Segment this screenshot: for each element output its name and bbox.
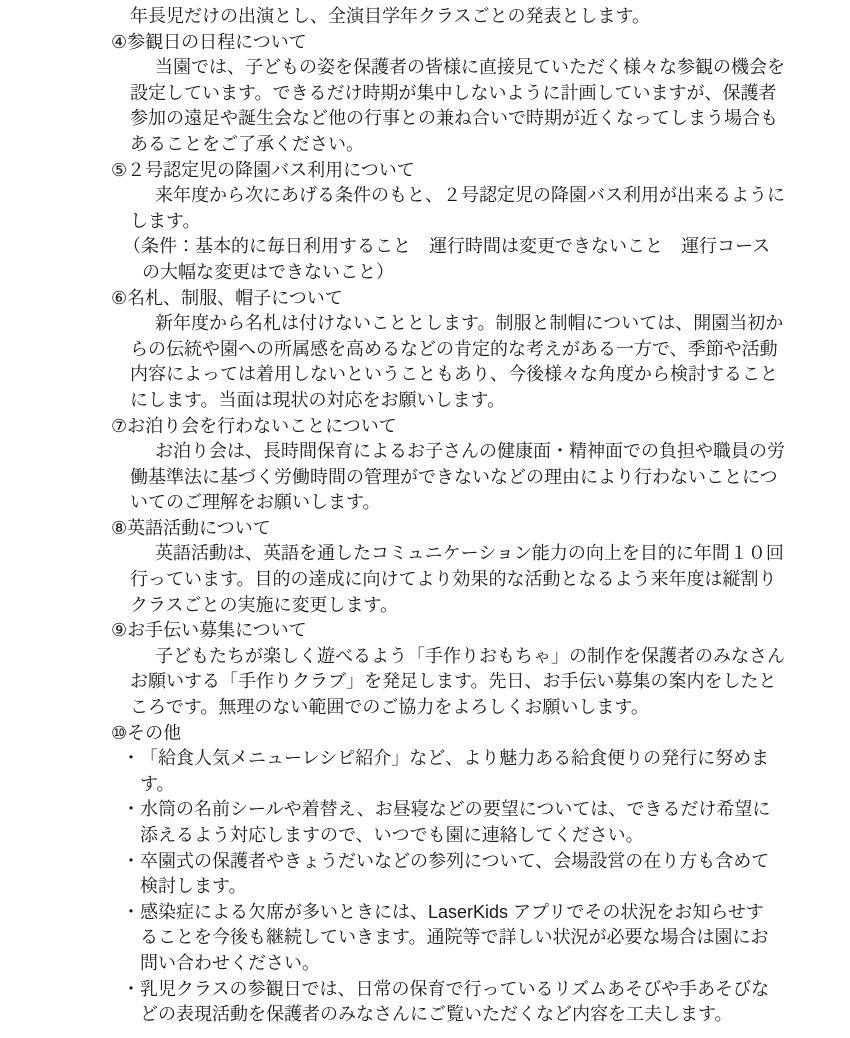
line-text: 添えるよう対応しますので、いつでも園に連絡してください。 <box>140 825 644 845</box>
line-text: します。 <box>130 211 201 231</box>
line-text: 検討します。 <box>140 876 247 896</box>
line-text: 英語活動は、英語を通したコミュニケーション能力の向上を目的に年間１０回 <box>155 543 784 563</box>
line-text: 設定しています。できるだけ時期が集中しないように計画していますが、保護者 <box>130 83 777 103</box>
paragraph-line: 来年度から次にあげる条件のもと、２号認定児の降園バス利用が出来るように <box>111 183 811 209</box>
line-text: 参加の遠足や誕生会など他の行事との兼ね合いで時期が近くなってしまう場合も <box>130 108 778 128</box>
paragraph-line: 行っています。目的の達成に向けてより効果的な活動となるよう来年度は縦割り <box>111 567 811 593</box>
line-text: いてのご理解をお願いします。 <box>130 492 381 512</box>
line-text: にします。当面は現状の対応をお願いします。 <box>130 390 505 410</box>
line-text: 当園では、子どもの姿を保護者の皆様に直接見ていただく様々な参観の機会を <box>155 57 785 77</box>
line-text: どの表現活動を保護者のみなさんにご覧いただくなど内容を工夫します。 <box>140 1004 733 1024</box>
line-text: お願いする「手作りクラブ」を発足します。先日、お手伝い募集の案内をしたと <box>130 671 777 691</box>
list-item-line: ・乳児クラスの参観日では、日常の保育で行っているリズムあそびや手あそびな <box>111 977 811 1003</box>
section-title: ２号認定児の降園バス利用について <box>127 160 415 180</box>
section-heading: ⑩その他 <box>111 721 811 747</box>
bullet-icon: ・ <box>122 746 140 772</box>
section-title: お手伝い募集について <box>127 620 307 640</box>
section-number: ⑥ <box>111 288 127 308</box>
section-title: 参観日の日程について <box>127 32 307 52</box>
paragraph-line: （条件：基本的に毎日利用すること 運行時間は変更できないこと 運行コース <box>111 234 811 260</box>
paragraph-line: 内容によっては着用しないということもあり、今後様々な角度から検討すること <box>111 362 811 388</box>
line-text: 乳児クラスの参観日では、日常の保育で行っているリズムあそびや手あそびな <box>140 979 769 999</box>
paragraph-line: ころです。無理のない範囲でのご協力をよろしくお願いします。 <box>111 695 811 721</box>
paragraph-line: します。 <box>111 209 811 235</box>
paragraph-line: 働基準法に基づく労働時間の管理ができないなどの理由により行わないことにつ <box>111 465 811 491</box>
line-text: 「給食人気メニューレシピ紹介」など、より魅力ある給食便りの発行に努めま <box>140 748 769 768</box>
paragraph-line: 英語活動は、英語を通したコミュニケーション能力の向上を目的に年間１０回 <box>111 541 811 567</box>
paragraph-line: お泊り会は、長時間保育によるお子さんの健康面・精神面での負担や職員の労 <box>111 439 811 465</box>
line-text: の大幅な変更はできないこと） <box>142 262 394 282</box>
list-item-line: ・水筒の名前シールや着替え、お昼寝などの要望については、できるだけ希望に <box>111 797 811 823</box>
section-number: ⑦ <box>111 416 127 436</box>
section-number: ⑤ <box>111 160 127 180</box>
section-title: 名札、制服、帽子について <box>127 288 343 308</box>
paragraph-line: にします。当面は現状の対応をお願いします。 <box>111 388 811 414</box>
list-item-line: す。 <box>111 772 811 798</box>
bullet-icon: ・ <box>122 849 140 875</box>
paragraph-line: お願いする「手作りクラブ」を発足します。先日、お手伝い募集の案内をしたと <box>111 669 811 695</box>
line-text: らの伝統や園への所属感を高めるなどの肯定的な考えがある一方で、季節や活動 <box>130 339 778 359</box>
list-item-line: どの表現活動を保護者のみなさんにご覧いただくなど内容を工夫します。 <box>111 1002 811 1028</box>
bullet-icon: ・ <box>122 900 140 926</box>
paragraph-line: 年長児だけの出演とし、全演目学年クラスごとの発表とします。 <box>111 4 811 30</box>
line-text: 年長児だけの出演とし、全演目学年クラスごとの発表とします。 <box>130 6 650 26</box>
paragraph-line: クラスごとの実施に変更します。 <box>111 593 811 619</box>
list-item-line: ることを今後も継続していきます。通院等で詳しい状況が必要な場合は園にお <box>111 925 811 951</box>
bullet-icon: ・ <box>122 797 140 823</box>
paragraph-line: あることをご了承ください。 <box>111 132 811 158</box>
list-item-line: 検討します。 <box>111 874 811 900</box>
section-title: お泊り会を行わないことについて <box>127 416 397 436</box>
section-number: ⑩ <box>111 723 127 743</box>
list-item-line: 添えるよう対応しますので、いつでも園に連絡してください。 <box>111 823 811 849</box>
line-text: クラスごとの実施に変更します。 <box>130 595 398 615</box>
section-heading: ⑤２号認定児の降園バス利用について <box>111 158 811 184</box>
line-text: お泊り会は、長時間保育によるお子さんの健康面・精神面での負担や職員の労 <box>155 441 785 461</box>
paragraph-line: いてのご理解をお願いします。 <box>111 490 811 516</box>
paragraph-line: 子どもたちが楽しく遊べるよう「手作りおもちゃ」の制作を保護者のみなさん <box>111 644 811 670</box>
paragraph-line: 参加の遠足や誕生会など他の行事との兼ね合いで時期が近くなってしまう場合も <box>111 106 811 132</box>
paragraph-line: 当園では、子どもの姿を保護者の皆様に直接見ていただく様々な参観の機会を <box>111 55 811 81</box>
line-text: 来年度から次にあげる条件のもと、２号認定児の降園バス利用が出来るように <box>155 185 785 205</box>
line-text: 新年度から名札は付けないこととします。制服と制帽については、開園当初か <box>155 313 783 333</box>
line-text: （条件：基本的に毎日利用すること 運行時間は変更できないこと 運行コース <box>123 236 770 256</box>
section-heading: ⑧英語活動について <box>111 516 811 542</box>
section-title: その他 <box>127 723 181 743</box>
paragraph-line: 設定しています。できるだけ時期が集中しないように計画していますが、保護者 <box>111 81 811 107</box>
line-text: 水筒の名前シールや着替え、お昼寝などの要望については、できるだけ希望に <box>140 799 770 819</box>
list-item-line: ・感染症による欠席が多いときには、LaserKids アプリでその状況をお知らせ… <box>111 900 811 926</box>
list-item-line: ・「給食人気メニューレシピ紹介」など、より魅力ある給食便りの発行に努めま <box>111 746 811 772</box>
list-item-line: ・卒園式の保護者やきょうだいなどの参列について、会場設営の在り方も含めて <box>111 849 811 875</box>
section-number: ⑧ <box>111 518 127 538</box>
section-heading: ⑦お泊り会を行わないことについて <box>111 414 811 440</box>
list-item-line: 問い合わせください。 <box>111 951 811 977</box>
line-text: ることを今後も継続していきます。通院等で詳しい状況が必要な場合は園にお <box>140 927 769 947</box>
line-text: 内容によっては着用しないということもあり、今後様々な角度から検討すること <box>130 364 778 384</box>
line-text: す。 <box>140 774 175 794</box>
document-page: 年長児だけの出演とし、全演目学年クラスごとの発表とします。④参観日の日程について… <box>0 0 850 1038</box>
section-number: ④ <box>111 32 127 52</box>
section-number: ⑨ <box>111 620 127 640</box>
line-text: 働基準法に基づく労働時間の管理ができないなどの理由により行わないことにつ <box>130 467 778 487</box>
line-text: ころです。無理のない範囲でのご協力をよろしくお願いします。 <box>130 697 649 717</box>
section-heading: ⑨お手伝い募集について <box>111 618 811 644</box>
section-heading: ④参観日の日程について <box>111 30 811 56</box>
line-text: 卒園式の保護者やきょうだいなどの参列について、会場設営の在り方も含めて <box>140 851 769 871</box>
line-text: あることをご了承ください。 <box>130 134 364 154</box>
line-text: 子どもたちが楽しく遊べるよう「手作りおもちゃ」の制作を保護者のみなさん <box>155 646 785 666</box>
line-text: 感染症による欠席が多いときには、LaserKids アプリでその状況をお知らせす <box>140 902 764 922</box>
section-title: 英語活動について <box>127 518 271 538</box>
paragraph-line: 新年度から名札は付けないこととします。制服と制帽については、開園当初か <box>111 311 811 337</box>
section-heading: ⑥名札、制服、帽子について <box>111 286 811 312</box>
line-text: 行っています。目的の達成に向けてより効果的な活動となるよう来年度は縦割り <box>130 569 777 589</box>
document-body: 年長児だけの出演とし、全演目学年クラスごとの発表とします。④参観日の日程について… <box>111 4 811 1028</box>
paragraph-line: の大幅な変更はできないこと） <box>111 260 811 286</box>
line-text: 問い合わせください。 <box>140 953 320 973</box>
bullet-icon: ・ <box>122 977 140 1003</box>
paragraph-line: らの伝統や園への所属感を高めるなどの肯定的な考えがある一方で、季節や活動 <box>111 337 811 363</box>
